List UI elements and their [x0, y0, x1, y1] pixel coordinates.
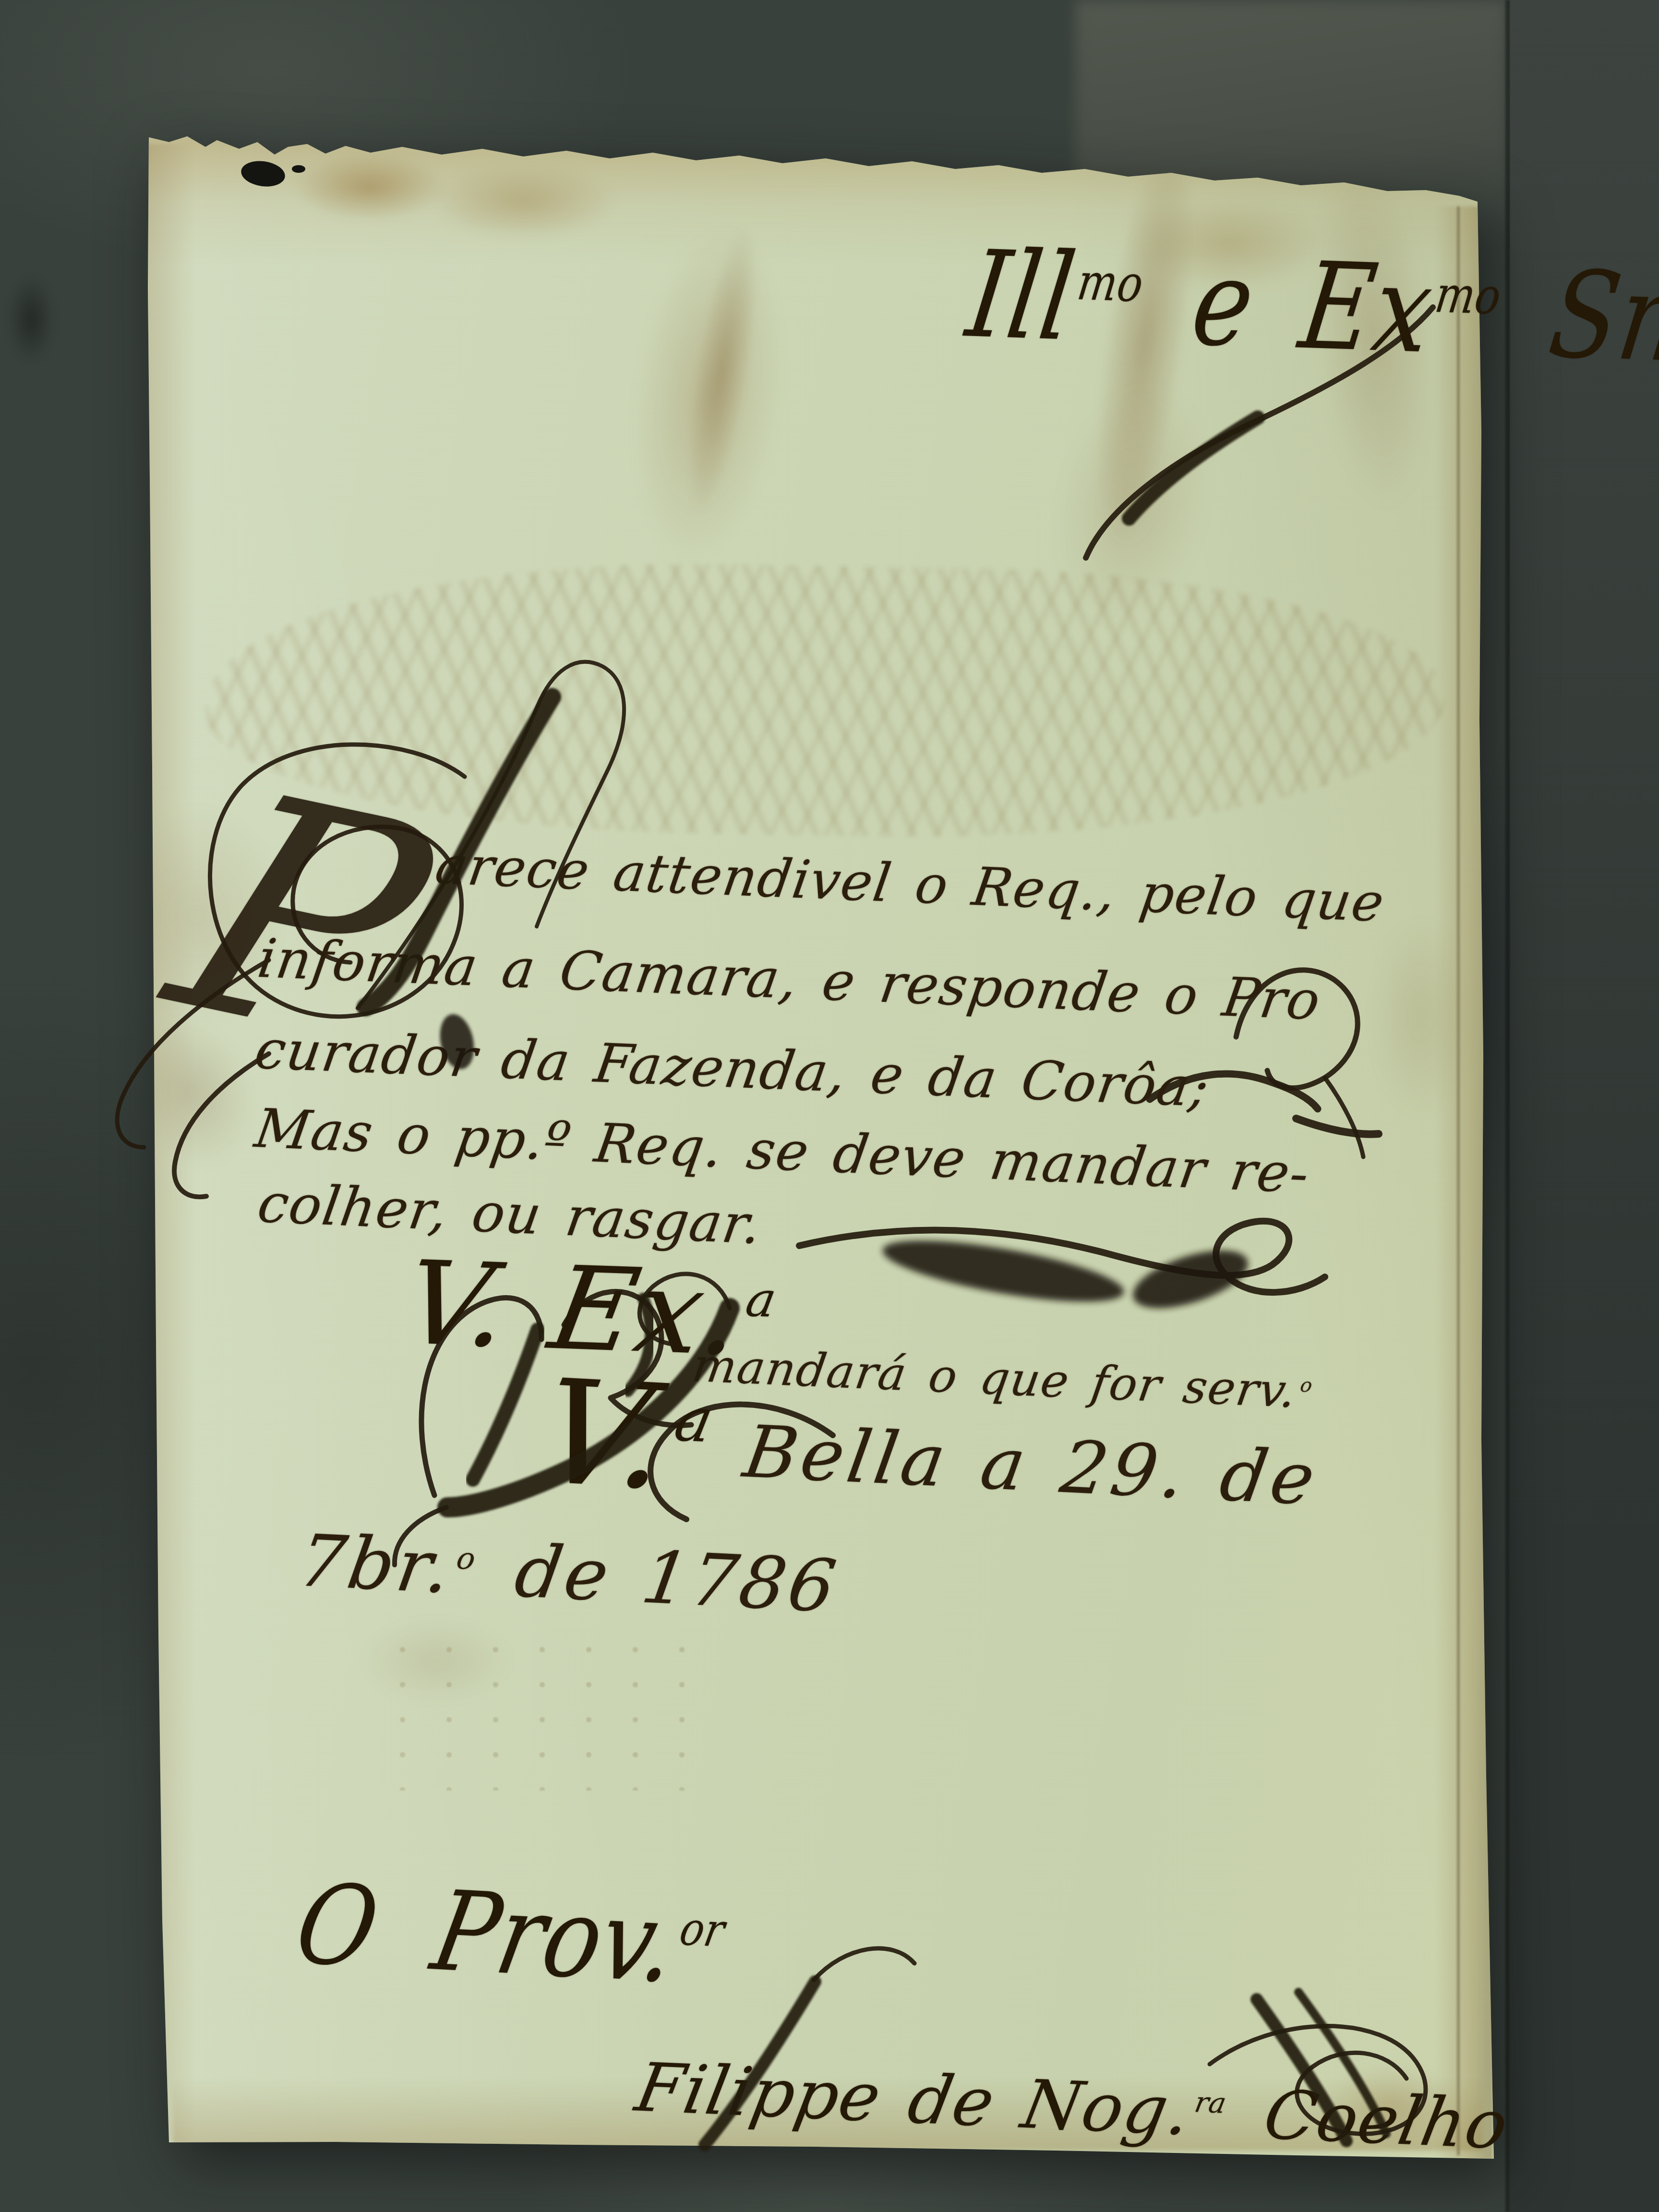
- signoff-line: O Prov.or: [287, 1861, 734, 2010]
- dateline-place-monogram: V.a: [527, 1349, 725, 1524]
- salutation-illmo: Ill: [960, 225, 1083, 367]
- salutation: Illmo e Exmo Snr.: [960, 225, 1659, 391]
- salutation-e: e: [1184, 232, 1263, 373]
- salutation-snr: Snr.: [1542, 245, 1659, 391]
- manuscript-photograph: Illmo e Exmo Snr. P arece attendivel o R…: [0, 0, 1659, 2212]
- salutation-exmo: Ex: [1293, 236, 1441, 380]
